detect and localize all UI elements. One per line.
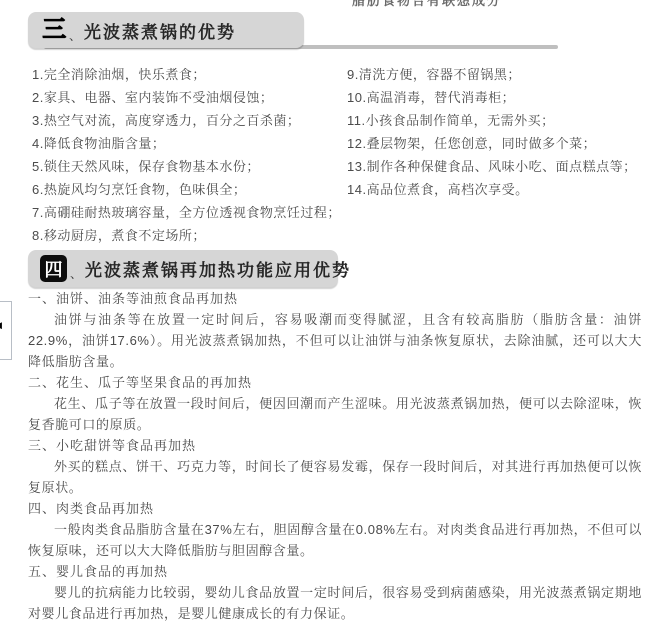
advantage-item-5: 5.锁住天然风味，保存食物基本水份； (32, 155, 341, 178)
advantage-item-7: 7.高硼硅耐热玻璃容量，全方位透视食物烹饪过程； (32, 201, 341, 224)
subsection-5-body: 婴儿的抗病能力比较弱，婴幼儿食品放置一定时间后，很容易受到病菌感染，用光波蒸煮锅… (28, 582, 642, 623)
document-page: 脂肪食物合有联想成分 三 、 光波蒸煮锅的优势 1.完全消除油烟，快乐煮食； 2… (0, 0, 658, 623)
subsection-5-heading: 五、婴儿食品的再加热 (28, 561, 642, 582)
subsection-4-heading: 四、肉类食品再加热 (28, 498, 642, 519)
section3-separator: 、 (69, 27, 81, 44)
advantage-item-1: 1.完全消除油烟，快乐煮食； (32, 63, 341, 86)
subsection-2-body: 花生、瓜子等在放置一段时间后，便因回潮而产生涩味。用光波蒸煮锅加热，便可以去除涩… (28, 393, 642, 435)
section4-separator: 、 (70, 265, 82, 282)
left-edge-scroll-button[interactable]: ◀ (0, 301, 12, 360)
subsection-1-body: 油饼与油条等在放置一定时间后，容易吸潮而变得腻涩，且含有较高脂肪（脂肪含量：油饼… (28, 309, 642, 372)
clipped-header-text-content: 脂肪食物合有联想成分 (352, 0, 542, 8)
section4-header-badge: 四 、 光波蒸煮锅再加热功能应用优势 (28, 250, 338, 287)
section3-title: 光波蒸煮锅的优势 (84, 18, 236, 43)
advantages-right-column: 9.清洗方便，容器不留锅黑； 10.高温消毒，替代消毒柜； 11.小孩食品制作简… (347, 63, 637, 201)
advantage-item-9: 9.清洗方便，容器不留锅黑； (347, 63, 637, 86)
subsection-3-body: 外买的糕点、饼干、巧克力等，时间长了便容易发霉，保存一段时间后，对其进行再加热便… (28, 456, 642, 498)
subsection-4-body: 一般肉类食品脂肪含量在37%左右，胆固醇含量在0.08%左右。对肉类食品进行再加… (28, 519, 642, 561)
advantages-left-column: 1.完全消除油烟，快乐煮食； 2.家具、电器、室内装饰不受油烟侵蚀； 3.热空气… (32, 63, 341, 247)
section4-title: 光波蒸煮锅再加热功能应用优势 (85, 256, 351, 281)
advantage-item-13: 13.制作各种保健食品、风味小吃、面点糕点等； (347, 155, 637, 178)
left-arrow-icon: ◀ (0, 321, 2, 330)
clipped-header-text: 脂肪食物合有联想成分 (352, 0, 542, 8)
advantage-item-3: 3.热空气对流，高度穿透力，百分之百杀菌； (32, 109, 341, 132)
advantage-item-4: 4.降低食物油脂含量； (32, 132, 341, 155)
subsection-1-heading: 一、油饼、油条等油煎食品再加热 (28, 288, 642, 309)
advantage-item-2: 2.家具、电器、室内装饰不受油烟侵蚀； (32, 86, 341, 109)
section4-number: 四 (40, 255, 67, 282)
subsection-2-heading: 二、花生、瓜子等坚果食品的再加热 (28, 372, 642, 393)
advantage-item-11: 11.小孩食品制作简单，无需外买； (347, 109, 637, 132)
advantage-item-8: 8.移动厨房，煮食不定场所； (32, 224, 341, 247)
section3-header-badge: 三 、 光波蒸煮锅的优势 (28, 12, 304, 48)
advantage-item-12: 12.叠层物架，任您创意，同时做多个菜； (347, 132, 637, 155)
section4-content: 一、油饼、油条等油煎食品再加热 油饼与油条等在放置一定时间后，容易吸潮而变得腻涩… (28, 288, 642, 623)
advantage-item-10: 10.高温消毒，替代消毒柜； (347, 86, 637, 109)
advantage-item-6: 6.热旋风均匀烹饪食物，色味俱全； (32, 178, 341, 201)
subsection-3-heading: 三、小吃甜饼等食品再加热 (28, 435, 642, 456)
section3-number: 三 (42, 18, 66, 42)
advantage-item-14: 14.高品位煮食，高档次享受。 (347, 178, 637, 201)
